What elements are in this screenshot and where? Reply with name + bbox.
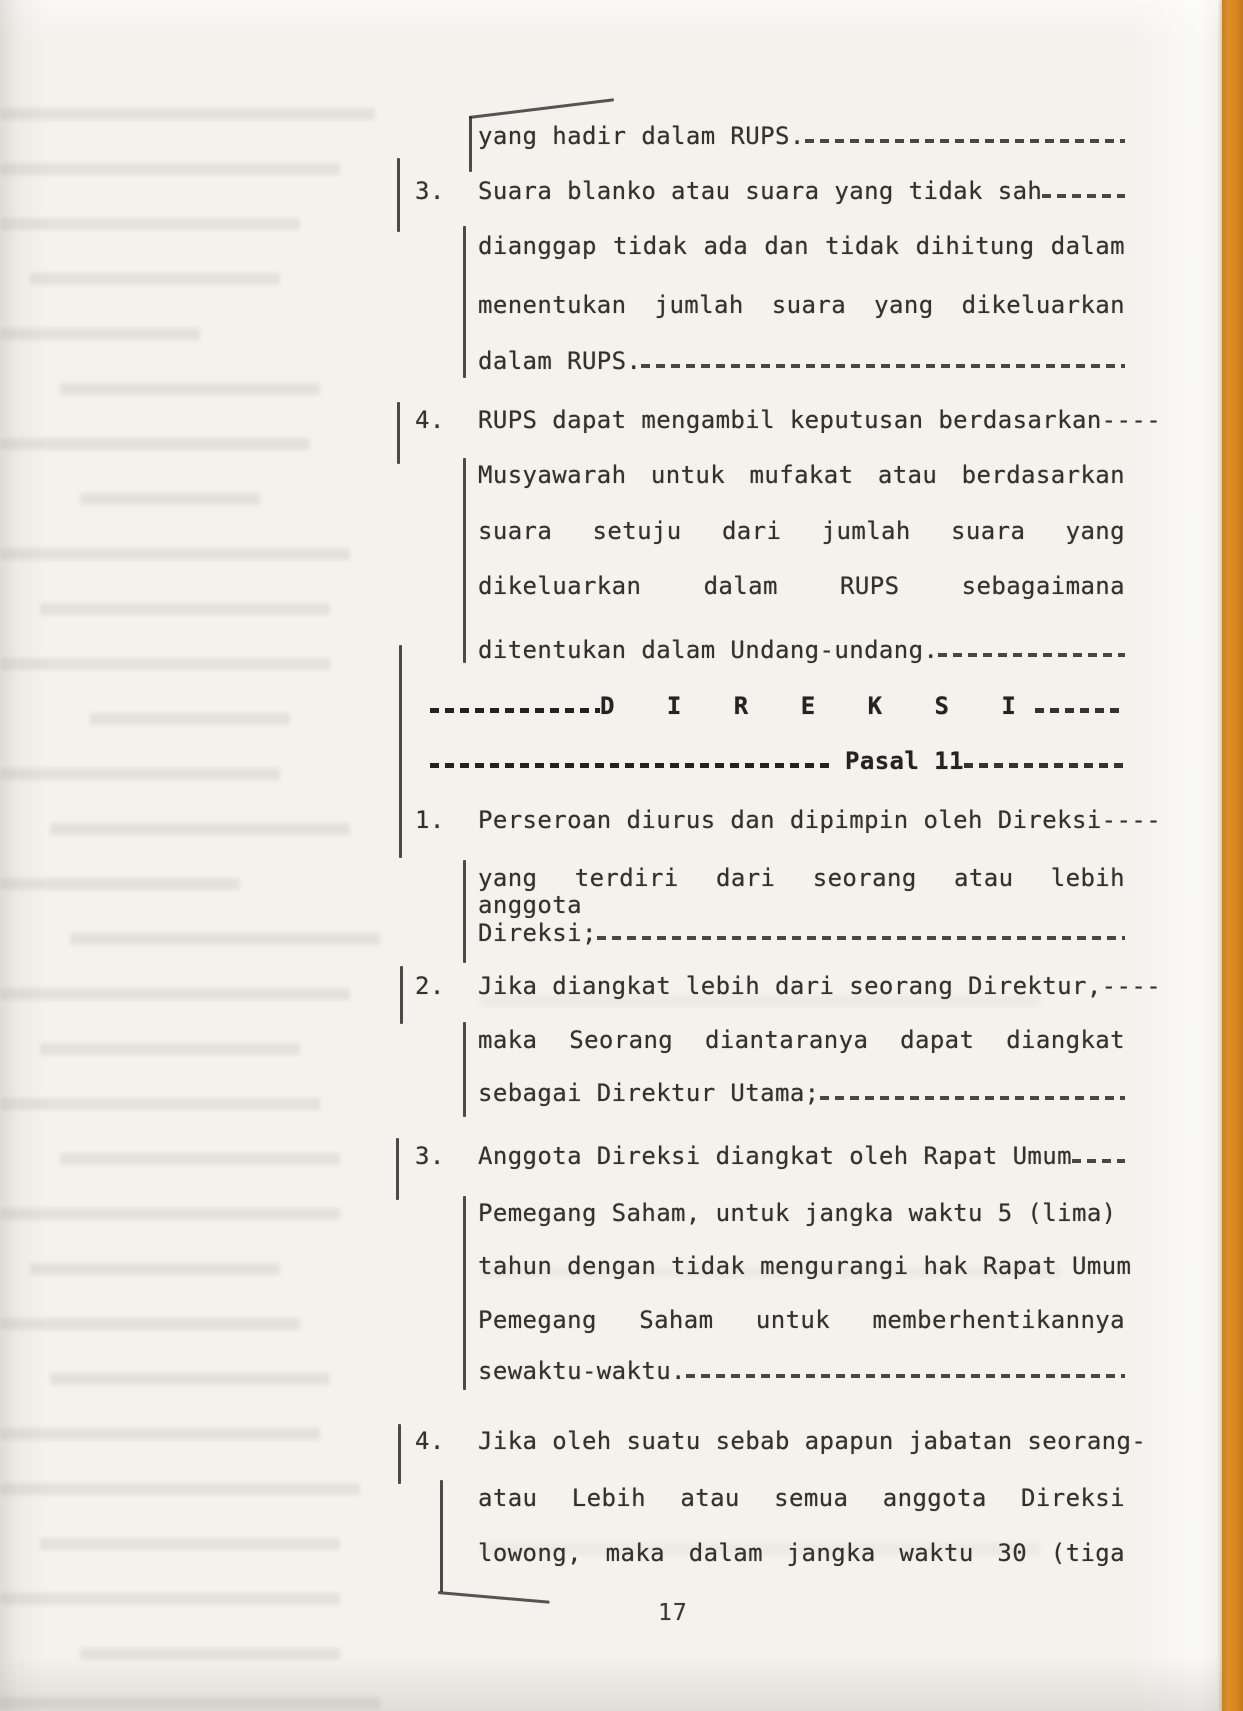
margin-pen-mark [463, 458, 466, 663]
line-text: lowong, maka dalam jangka waktu 30 (tiga [478, 1539, 1125, 1567]
document-line: tahun dengan tidak mengurangi hak Rapat … [478, 1253, 1125, 1280]
bleed-through-text [60, 1153, 340, 1165]
bleed-through-text [0, 1593, 340, 1605]
document-line: 2.Jika diangkat lebih dari seorang Direk… [478, 973, 1125, 1000]
bleed-through-text [50, 823, 350, 835]
line-text: Direksi; [478, 920, 597, 947]
bleed-through-text [30, 273, 280, 285]
document-line: menentukan jumlah suara yang dikeluarkan [478, 292, 1125, 319]
line-text: yang terdiri dari seorang atau lebih ang… [478, 864, 1125, 919]
bracket-pen-mark [469, 98, 614, 119]
item-number: 1. [415, 807, 445, 834]
bleed-through-text [0, 1428, 320, 1440]
dash-rule [1035, 708, 1125, 713]
line-text: suara setuju dari jumlah suara yang [478, 517, 1125, 545]
heading-line: D I R E K S I [430, 693, 1125, 720]
line-text: Jika oleh suatu sebab apapun jabatan seo… [478, 1427, 1146, 1455]
bleed-through-text [0, 548, 350, 560]
dash-fill [938, 653, 1125, 657]
bleed-through-text [40, 1043, 300, 1055]
line-text: RUPS dapat mengambil keputusan berdasark… [478, 406, 1161, 434]
document-line: dalam RUPS. [478, 348, 1125, 375]
heading-line: Pasal 11 [430, 748, 1125, 775]
bleed-through-text [30, 1263, 280, 1275]
document-line: dianggap tidak ada dan tidak dihitung da… [478, 233, 1125, 260]
document-line: suara setuju dari jumlah suara yang [478, 518, 1125, 545]
bleed-through-text [0, 328, 200, 340]
line-text: Pemegang Saham untuk memberhentikannya [478, 1306, 1125, 1334]
dash-fill [597, 936, 1125, 940]
document-line: Pemegang Saham untuk memberhentikannya [478, 1307, 1125, 1334]
document-line: Direksi; [478, 920, 1125, 947]
document-line: 1.Perseroan diurus dan dipimpin oleh Dir… [478, 807, 1125, 834]
margin-pen-mark [463, 1196, 466, 1390]
scanned-document-page: yang hadir dalam RUPS.3.Suara blanko ata… [0, 0, 1243, 1711]
document-line: ditentukan dalam Undang-undang. [478, 637, 1125, 664]
line-text: Suara blanko atau suara yang tidak sah [478, 178, 1042, 205]
bleed-through-text [0, 1483, 360, 1495]
document-line: sebagai Direktur Utama; [478, 1080, 1125, 1107]
line-text: dikeluarkan dalam RUPS sebagaimana [478, 572, 1125, 600]
line-text: dalam RUPS. [478, 348, 641, 375]
page-number: 17 [658, 1600, 688, 1626]
bleed-through-text [80, 493, 260, 505]
dash-fill [1072, 1159, 1125, 1163]
bleed-through-text [40, 1538, 340, 1550]
dash-fill [820, 1096, 1125, 1100]
dash-rule [964, 763, 1125, 768]
bleed-through-text [0, 1208, 340, 1220]
item-number: 4. [415, 1428, 445, 1455]
margin-pen-mark [469, 116, 472, 172]
bleed-through-text [0, 218, 300, 230]
margin-pen-mark [397, 402, 400, 464]
document-line: Pemegang Saham, untuk jangka waktu 5 (li… [478, 1200, 1125, 1227]
bleed-through-text [0, 878, 240, 890]
line-text: atau Lebih atau semua anggota Direksi [478, 1484, 1125, 1512]
document-line: 4.Jika oleh suatu sebab apapun jabatan s… [478, 1428, 1125, 1455]
binding-edge-strip [1222, 0, 1243, 1711]
heading-text: Pasal 11 [835, 748, 964, 775]
bleed-through-text [0, 768, 280, 780]
item-number: 3. [415, 1143, 445, 1170]
dash-rule [430, 708, 600, 713]
heading-text: D I R E K S I [600, 693, 1035, 720]
margin-pen-mark [398, 1424, 401, 1484]
bleed-through-text [0, 1098, 320, 1110]
line-text: Anggota Direksi diangkat oleh Rapat Umum [478, 1143, 1072, 1170]
dash-fill [1042, 194, 1125, 198]
dash-rule [430, 763, 835, 768]
line-text: Perseroan diurus dan dipimpin oleh Direk… [478, 806, 1161, 834]
document-line: lowong, maka dalam jangka waktu 30 (tiga [478, 1540, 1125, 1567]
bleed-through-text [0, 438, 310, 450]
bleed-through-text [0, 108, 375, 120]
bleed-through-text [90, 713, 290, 725]
line-text: maka Seorang diantaranya dapat diangkat [478, 1026, 1125, 1054]
document-line: Musyawarah untuk mufakat atau berdasarka… [478, 462, 1125, 489]
line-text: sebagai Direktur Utama; [478, 1080, 820, 1107]
document-line: 3.Suara blanko atau suara yang tidak sah [478, 178, 1125, 205]
bracket-pen-mark [438, 1591, 550, 1604]
margin-pen-mark [440, 1480, 443, 1592]
bleed-through-text [0, 658, 330, 670]
line-text: yang hadir dalam RUPS. [478, 123, 805, 150]
dash-fill [805, 139, 1125, 143]
item-number: 4. [415, 407, 445, 434]
document-line: sewaktu-waktu. [478, 1358, 1125, 1385]
document-line: yang terdiri dari seorang atau lebih ang… [478, 865, 1125, 892]
margin-pen-mark [396, 1138, 399, 1200]
item-number: 2. [415, 973, 445, 1000]
margin-pen-mark [400, 966, 403, 1024]
line-text: Musyawarah untuk mufakat atau berdasarka… [478, 461, 1125, 489]
bleed-through-text [80, 1648, 340, 1660]
line-text: Pemegang Saham, untuk jangka waktu 5 (li… [478, 1199, 1117, 1227]
line-text: ditentukan dalam Undang-undang. [478, 637, 938, 664]
dash-fill [686, 1374, 1125, 1378]
margin-pen-mark [463, 860, 466, 963]
bleed-through-text [70, 933, 380, 945]
bleed-through-text [0, 1318, 300, 1330]
bleed-through-text [0, 163, 340, 175]
dash-fill [641, 364, 1125, 368]
bleed-through-text [50, 1373, 330, 1385]
bleed-through-text [40, 603, 330, 615]
line-text: sewaktu-waktu. [478, 1358, 686, 1385]
line-text: Jika diangkat lebih dari seorang Direktu… [478, 972, 1161, 1000]
document-line: 3.Anggota Direksi diangkat oleh Rapat Um… [478, 1143, 1125, 1170]
margin-pen-mark [399, 645, 402, 858]
margin-pen-mark [397, 158, 400, 232]
bleed-through-text [60, 383, 320, 395]
document-line: atau Lebih atau semua anggota Direksi [478, 1485, 1125, 1512]
bleed-through-text [0, 988, 350, 1000]
document-line: 4.RUPS dapat mengambil keputusan berdasa… [478, 407, 1125, 434]
margin-pen-mark [463, 226, 466, 378]
item-number: 3. [415, 178, 445, 205]
line-text: tahun dengan tidak mengurangi hak Rapat … [478, 1252, 1131, 1280]
line-text: menentukan jumlah suara yang dikeluarkan [478, 291, 1125, 319]
document-line: yang hadir dalam RUPS. [478, 123, 1125, 150]
line-text: dianggap tidak ada dan tidak dihitung da… [478, 232, 1125, 260]
document-line: dikeluarkan dalam RUPS sebagaimana [478, 573, 1125, 600]
margin-pen-mark [463, 1022, 466, 1117]
bleed-through-text [0, 1697, 380, 1709]
document-line: maka Seorang diantaranya dapat diangkat [478, 1027, 1125, 1054]
